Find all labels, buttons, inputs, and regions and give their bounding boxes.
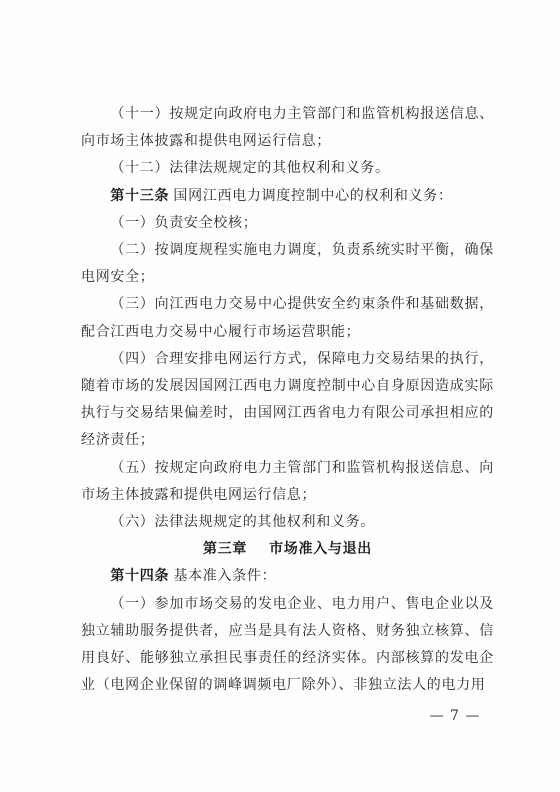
item-text: 法律法规规定的其他权利和义务。 bbox=[155, 514, 376, 530]
item-label: （一） bbox=[110, 215, 154, 231]
item-label: （五） bbox=[110, 460, 154, 476]
article-14: 第十四条 基本准入条件： bbox=[81, 563, 494, 590]
paragraph-item-11: （十一）按规定向政府电力主管部门和监管机构报送信息、向市场主体披露和提供电网运行… bbox=[81, 101, 494, 155]
chapter-title: 市场准入与退出 bbox=[269, 541, 372, 557]
article-label: 第十四条 bbox=[110, 568, 169, 584]
item-label: （六） bbox=[110, 514, 154, 530]
paragraph-item-12: （十二）法律法规规定的其他权利和义务。 bbox=[81, 155, 494, 182]
article-label: 第十三条 bbox=[110, 188, 169, 204]
chapter-label: 第三章 bbox=[203, 541, 247, 557]
paragraph-item-4: （四）合理安排电网运行方式，保障电力交易结果的执行，随着市场的发展因国网江西电力… bbox=[81, 346, 494, 455]
document-page: （十一）按规定向政府电力主管部门和监管机构报送信息、向市场主体披露和提供电网运行… bbox=[0, 0, 560, 792]
item-label: （十二） bbox=[110, 160, 169, 176]
article-text: 国网江西电力调度控制中心的权利和义务： bbox=[173, 188, 452, 204]
item-label: （四） bbox=[110, 351, 154, 367]
paragraph-item-3: （三）向江西电力交易中心提供安全约束条件和基础数据，配合江西电力交易中心履行市场… bbox=[81, 291, 494, 345]
chapter-heading: 第三章市场准入与退出 bbox=[81, 536, 494, 563]
article-13: 第十三条 国网江西电力调度控制中心的权利和义务： bbox=[81, 183, 494, 210]
paragraph-item-1: （一）负责安全校核； bbox=[81, 210, 494, 237]
paragraph-item-2: （二）按调度规程实施电力调度，负责系统实时平衡，确保电网安全； bbox=[81, 237, 494, 291]
page-number: — 7 — bbox=[428, 708, 482, 724]
item-text: 法律法规规定的其他权利和义务。 bbox=[169, 160, 390, 176]
article-text: 基本准入条件： bbox=[173, 568, 276, 584]
item-text: 负责安全校核； bbox=[155, 215, 258, 231]
item-label: （一） bbox=[110, 596, 154, 612]
paragraph-item-5: （五）按规定向政府电力主管部门和监管机构报送信息、向市场主体披露和提供电网运行信… bbox=[81, 455, 494, 509]
document-body: （十一）按规定向政府电力主管部门和监管机构报送信息、向市场主体披露和提供电网运行… bbox=[81, 101, 494, 699]
item-label: （三） bbox=[110, 296, 154, 312]
item-label: （二） bbox=[110, 242, 154, 258]
paragraph-item-1-admission: （一）参加市场交易的发电企业、电力用户、售电企业以及独立辅助服务提供者，应当是具… bbox=[81, 591, 494, 700]
item-label: （十一） bbox=[110, 106, 169, 122]
paragraph-item-6: （六）法律法规规定的其他权利和义务。 bbox=[81, 509, 494, 536]
